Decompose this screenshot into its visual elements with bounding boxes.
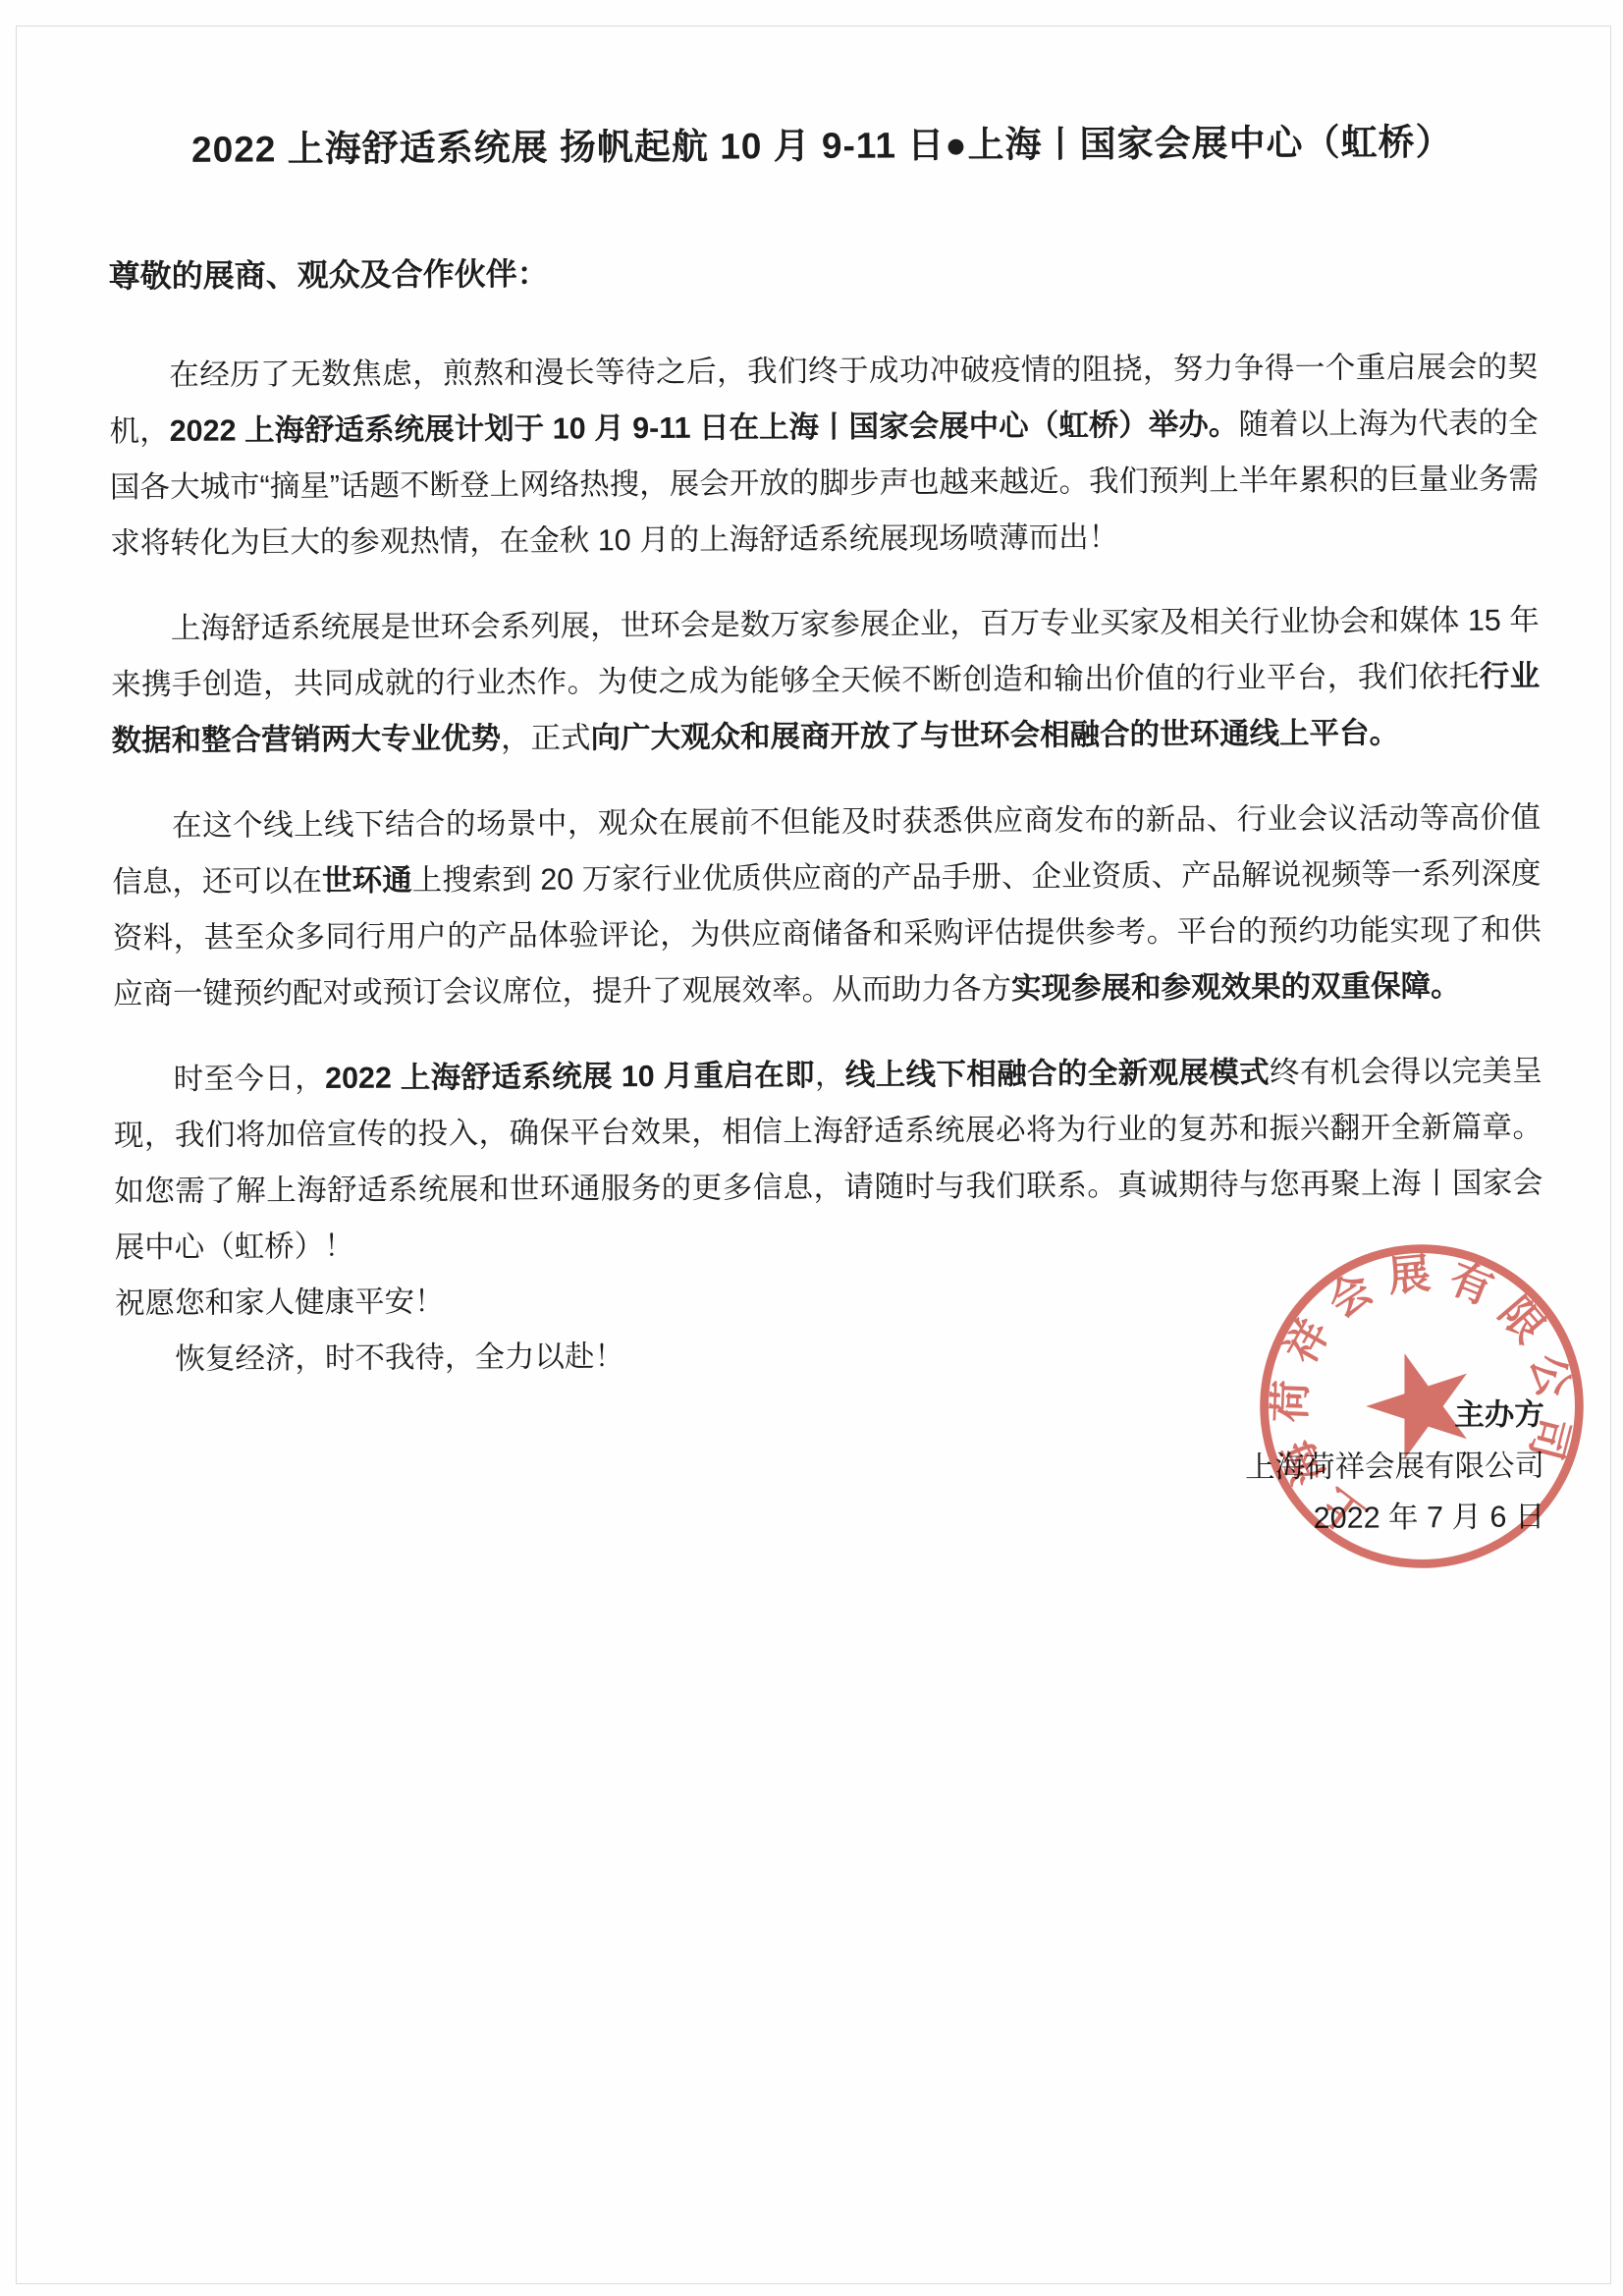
- letter-title: 2022 上海舒适系统展 扬帆起航 10 月 9-11 日●上海丨国家会展中心（…: [108, 111, 1537, 173]
- signature-block: 主办方 上海荷祥会展有限公司 2022 年 7 月 6 日: [116, 1389, 1545, 1551]
- paragraph-3: 在这个线上线下结合的场景中，观众在展前不但能及时获悉供应商发布的新品、行业会议活…: [112, 790, 1542, 1022]
- scanned-letter-page: 2022 上海舒适系统展 扬帆起航 10 月 9-11 日●上海丨国家会展中心（…: [0, 0, 1623, 2296]
- letter-content: 2022 上海舒适系统展 扬帆起航 10 月 9-11 日●上海丨国家会展中心（…: [0, 0, 1623, 1552]
- paragraph-1: 在经历了无数焦虑，煎熬和漫长等待之后，我们终于成功冲破疫情的阻挠，努力争得一个重…: [109, 339, 1539, 572]
- paragraph-4: 时至今日，2022 上海舒适系统展 10 月重启在即，线上线下相融合的全新观展模…: [113, 1043, 1542, 1276]
- signature-date: 2022 年 7 月 6 日: [116, 1491, 1544, 1551]
- signature-role: 主办方: [116, 1389, 1544, 1449]
- closing-line-slogan: 恢复经济，时不我待，全力以赴！: [115, 1323, 1543, 1388]
- signature-company: 上海荷祥会展有限公司: [116, 1440, 1544, 1500]
- paragraph-2: 上海舒适系统展是世环会系列展，世环会是数万家参展企业，百万专业买家及相关行业协会…: [111, 592, 1541, 769]
- closing-line-wish: 祝愿您和家人健康平安！: [115, 1267, 1543, 1332]
- salutation: 尊敬的展商、观众及合作伙伴：: [108, 243, 1537, 297]
